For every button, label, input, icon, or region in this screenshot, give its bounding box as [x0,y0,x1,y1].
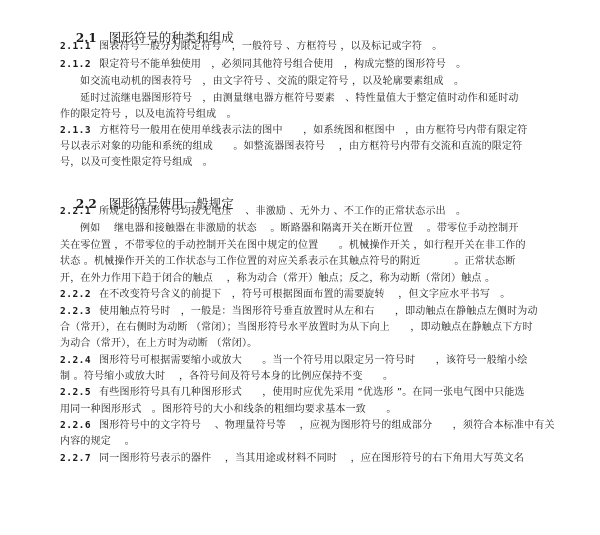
paragraph-text: 用同一种图形形式 。图形符号的大小和线条的粗细均要求基本一致 。 [60,404,397,415]
clause-2-1-1: 2.1.1图表符号一般分为限定符号 ，一般符号 、方框符号 ，以及标记或字符 。 [60,41,442,53]
section-heading-2-1: 2.1图形符号的种类和组成 [60,14,234,62]
paragraph-line: 关在零位置 ，不带零位的手动控制开关在图中规定的位置 。机械操作开关 ，如行程开… [60,240,526,252]
clause-2-2-4: 2.2.4图形符号可根据需要缩小或放大 。当一个符号用以限定另一符号时 ，该符号… [60,355,528,367]
clause-number: 2.2.7 [60,453,91,465]
clause-number: 2.2.3 [60,306,91,318]
paragraph-line: 号，以及可变性限定符号组成 。 [60,157,213,169]
clause-text: 有些图形符号具有几种图形形式 ，使用时应优先采用 “优选形 ”。在同一张电气图中… [99,387,525,398]
paragraph-line: 内容的规定 。 [60,436,135,448]
clause-number: 2.2.4 [60,355,91,367]
paragraph-line: 制 。符号缩小或放大时 ，各符号间及符号本身的比例应保持不变 。 [60,371,393,383]
clause-text: 图形符号可根据需要缩小或放大 。当一个符号用以限定另一符号时 ，该符号一般缩小绘 [99,355,527,366]
clause-text: 方框符号一般用在使用单线表示法的图中 ，如系统图和框图中 ，由方框符号内带有限定… [99,125,527,136]
clause-2-2-3: 2.2.3使用触点符号时 ，一般是：当图形符号垂直放置时从左和右 ，即动触点在静… [60,306,538,318]
clause-text: 图形符号中的文字符号 、物理量符号等 ，应视为图形符号的组成部分 ，须符合本标准… [99,420,555,431]
clause-2-2-1: 2.2.1所规定的图形符号均按无电压 、非激励 、无外力 、不工作的正常状态示出… [60,206,466,218]
paragraph-text: 开，在外力作用下趋于闭合的触点 ，称为动合（常开）触点；反之，称为动断（常闭）触… [60,273,495,284]
paragraph-line: 合（常开），在右侧时为动断 （常闭）；当图形符号水平放置时为从下向上 ，即动触点… [60,322,533,334]
section-heading-2-2: 2.2图形符号使用一般规定 [60,180,234,228]
clause-text: 使用触点符号时 ，一般是：当图形符号垂直放置时从左和右 ，即动触点在静触点左侧时… [99,306,538,317]
clause-text: 限定符号不能单独使用 ，必须同其他符号组合使用 ，构成完整的图形符号 。 [99,59,466,70]
paragraph-text: 内容的规定 。 [60,436,135,447]
clause-2-1-3: 2.1.3方框符号一般用在使用单线表示法的图中 ，如系统图和框图中 ，由方框符号… [60,125,528,137]
paragraph-line: 延时过流继电器图形符号 ，由测量继电器方框符号要素 、特性量值大于整定值时动作和… [80,93,519,105]
paragraph-text: 号以表示对象的功能和系统的组成 。如整流器图表符号 ，由方框符号内带有交流和直流… [60,141,522,152]
paragraph-text: 作的限定符号 ，以及电流符号组成 。 [60,109,237,120]
clause-number: 2.2.1 [60,206,91,218]
clause-2-1-2: 2.1.2限定符号不能单独使用 ，必须同其他符号组合使用 ，构成完整的图形符号 … [60,59,466,71]
paragraph-text: 关在零位置 ，不带零位的手动控制开关在图中规定的位置 。机械操作开关 ，如行程开… [60,240,526,251]
paragraph-text: 状态 。机械操作开关的工作状态与工作位置的对应关系表示在其触点符号的附近 。正常… [60,256,516,267]
paragraph-text: 号，以及可变性限定符号组成 。 [60,157,213,168]
clause-number: 2.2.5 [60,387,91,399]
clause-number: 2.1.3 [60,125,91,137]
paragraph-line: 号以表示对象的功能和系统的组成 。如整流器图表符号 ，由方框符号内带有交流和直流… [60,141,522,153]
clause-text: 同一图形符号表示的器件 ，当其用途或材料不同时 ，应在图形符号的右下角用大写英文… [99,453,524,464]
paragraph-text: 为动合（常开），在上方时为动断 （常闭）。 [60,338,257,349]
paragraph-text: 例如 继电器和接触器在非激励的状态 。断路器和隔离开关在断开位置 。带零位手动控… [80,223,519,234]
clause-number: 2.1.2 [60,59,91,71]
paragraph-text: 制 。符号缩小或放大时 ，各符号间及符号本身的比例应保持不变 。 [60,371,393,382]
paragraph-line: 作的限定符号 ，以及电流符号组成 。 [60,109,237,121]
paragraph-line: 状态 。机械操作开关的工作状态与工作位置的对应关系表示在其触点符号的附近 。正常… [60,256,516,268]
clause-2-2-5: 2.2.5有些图形符号具有几种图形形式 ，使用时应优先采用 “优选形 ”。在同一… [60,387,525,399]
clause-2-2-2: 2.2.2在不改变符号含义的前提下 ，符号可根据图面布置的需要旋转 ，但文字应水… [60,289,511,301]
paragraph-line: 为动合（常开），在上方时为动断 （常闭）。 [60,338,257,350]
paragraph-line: 例如 继电器和接触器在非激励的状态 。断路器和隔离开关在断开位置 。带零位手动控… [80,223,519,235]
clause-number: 2.1.1 [60,41,91,53]
paragraph-line: 开，在外力作用下趋于闭合的触点 ，称为动合（常开）触点；反之，称为动断（常闭）触… [60,273,495,285]
clause-text: 图表符号一般分为限定符号 ，一般符号 、方框符号 ，以及标记或字符 。 [99,41,442,52]
paragraph-line: 如交流电动机的图表符号 ，由文字符号 、交流的限定符号 ，以及轮廓要素组成 。 [80,76,464,88]
paragraph-line: 用同一种图形形式 。图形符号的大小和线条的粗细均要求基本一致 。 [60,404,397,416]
document-page: 2.1图形符号的种类和组成 2.1.1图表符号一般分为限定符号 ，一般符号 、方… [0,0,600,535]
clause-2-2-6: 2.2.6图形符号中的文字符号 、物理量符号等 ，应视为图形符号的组成部分 ，须… [60,420,555,432]
paragraph-text: 合（常开），在右侧时为动断 （常闭）；当图形符号水平放置时为从下向上 ，即动触点… [60,322,533,333]
clause-2-2-7: 2.2.7同一图形符号表示的器件 ，当其用途或材料不同时 ，应在图形符号的右下角… [60,453,524,465]
clause-number: 2.2.2 [60,289,91,301]
paragraph-text: 如交流电动机的图表符号 ，由文字符号 、交流的限定符号 ，以及轮廓要素组成 。 [80,76,464,87]
paragraph-text: 延时过流继电器图形符号 ，由测量继电器方框符号要素 、特性量值大于整定值时动作和… [80,93,519,104]
clause-number: 2.2.6 [60,420,91,432]
clause-text: 所规定的图形符号均按无电压 、非激励 、无外力 、不工作的正常状态示出 。 [99,206,466,217]
clause-text: 在不改变符号含义的前提下 ，符号可根据图面布置的需要旋转 ，但文字应水平书写 。 [99,289,510,300]
